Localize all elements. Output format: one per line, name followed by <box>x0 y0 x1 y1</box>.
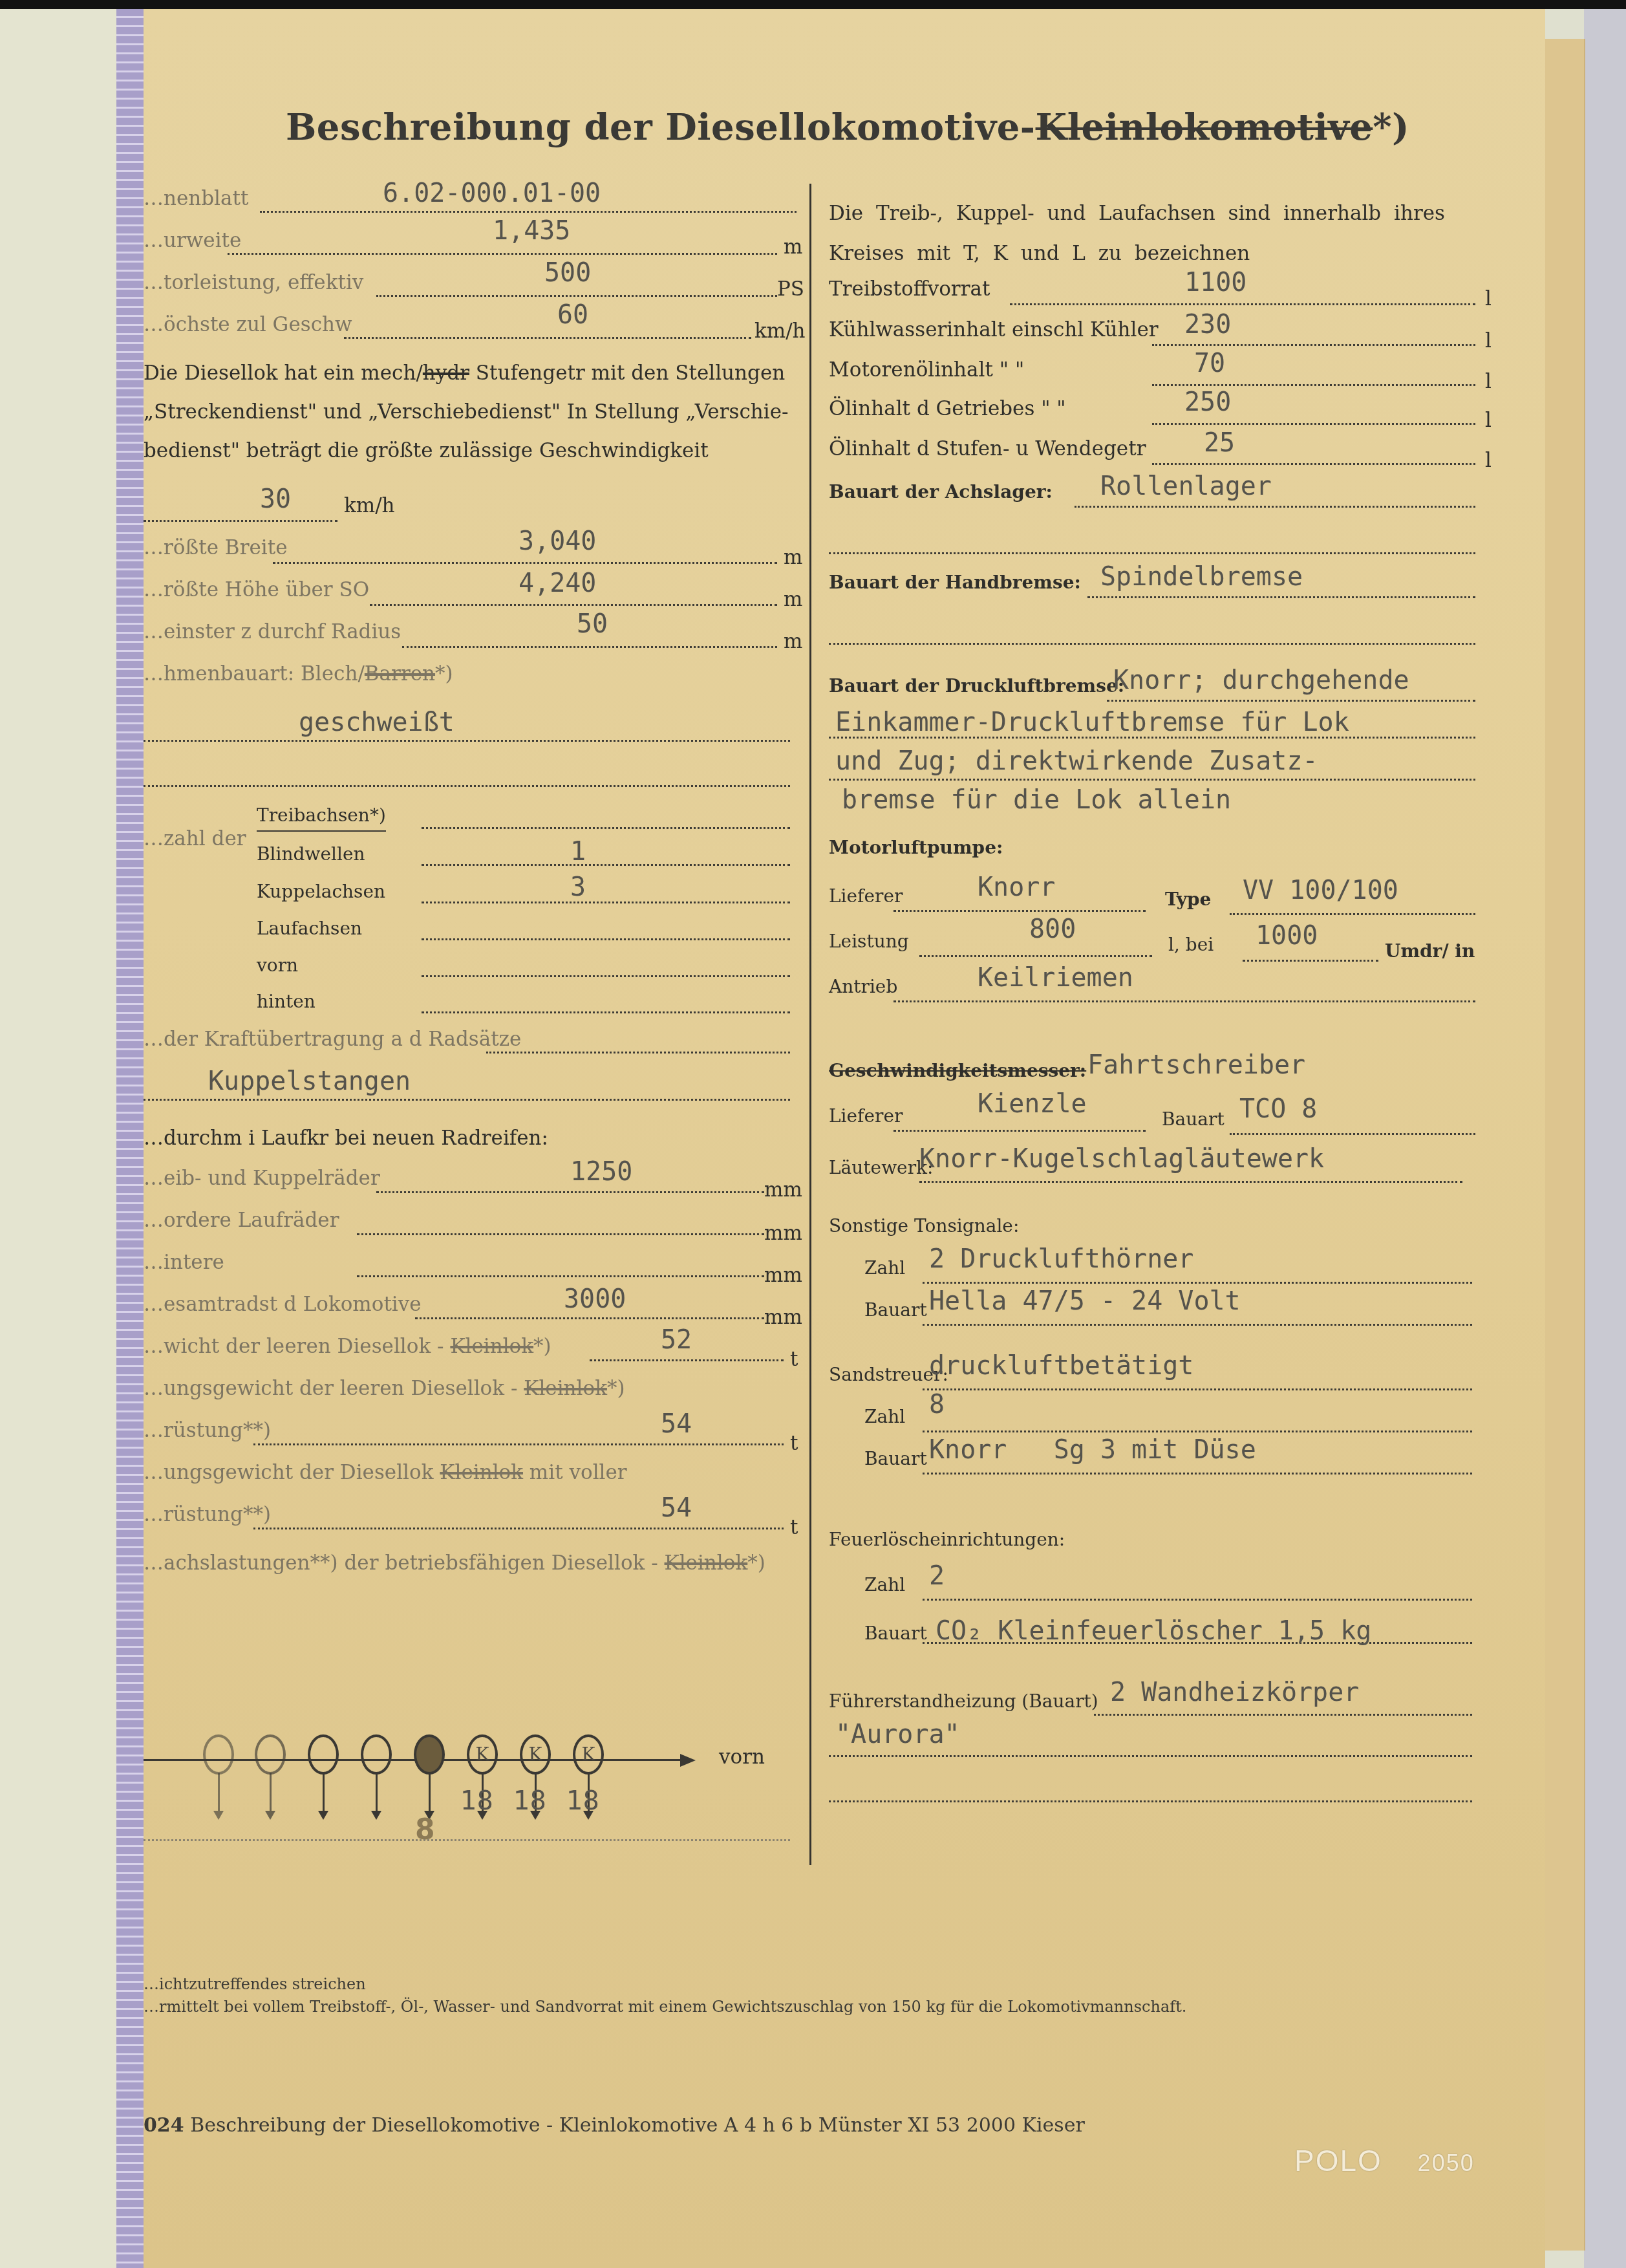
wheel-unit: mm <box>764 1264 802 1287</box>
axle-circle: K <box>573 1734 604 1775</box>
load-arrow-icon <box>270 1773 272 1813</box>
dimension-unit: m <box>784 546 802 569</box>
compressor-drive-label: Antrieb <box>829 976 897 997</box>
load-arrow-icon <box>429 1773 431 1813</box>
weight-value: 52 <box>661 1325 692 1355</box>
form-number: 024 <box>144 2114 184 2137</box>
frame-value: geschweißt <box>299 707 455 737</box>
dimension-value: 3,040 <box>519 526 596 556</box>
sander-count: 8 <box>929 1390 945 1420</box>
wheel-unit: mm <box>764 1178 802 1202</box>
weight-unit: t <box>790 1432 798 1455</box>
direction-label: vorn <box>719 1745 765 1769</box>
volume-value: 250 <box>1184 387 1231 417</box>
speedometer-label: Geschwindigkeitsmesser: <box>829 1060 1086 1081</box>
field-label: …urweite <box>144 229 241 252</box>
axle-row-value: 1 <box>570 837 586 867</box>
compressor-output: 800 <box>1029 914 1076 944</box>
dimension-label: …rößte Höhe über SO <box>144 578 369 601</box>
frame-label: …hmenbauart: Blech/Barren*) <box>144 662 453 686</box>
axle-loads-label: …achslastungen**) der betriebsfähigen Di… <box>144 1551 765 1575</box>
axle-load-value: 18 <box>460 1786 493 1816</box>
axle-circle: K <box>467 1734 498 1775</box>
load-arrow-icon <box>376 1773 378 1813</box>
load-arrow-icon <box>323 1773 325 1813</box>
dimension-value: 4,240 <box>519 568 596 598</box>
weight-value: 54 <box>661 1409 692 1439</box>
weight-value: 54 <box>661 1493 692 1523</box>
axle-circle <box>255 1734 286 1775</box>
wheels-heading: …durchm i Laufkr bei neuen Radreifen: <box>144 1127 548 1150</box>
field-value: 60 <box>557 300 588 330</box>
handbrake-value: Spindelbremse <box>1100 562 1303 592</box>
speedometer-supplier: Kienzle <box>978 1089 1087 1119</box>
axle-row-label: vorn <box>257 955 298 976</box>
volume-label: Kühlwasserinhalt einschl Kühler <box>829 318 1159 341</box>
axle-circle-filled <box>414 1734 445 1775</box>
axle-circle: K <box>520 1734 551 1775</box>
field-label: …torleistung, effektiv <box>144 271 363 294</box>
handwritten-mark: 8 <box>415 1813 435 1846</box>
axle-marking-note: Die Treib-, Kuppel- und Laufachsen sind … <box>829 193 1495 274</box>
speedometer-type: TCO 8 <box>1239 1094 1317 1124</box>
compressor-rpm: 1000 <box>1256 921 1318 951</box>
compressor-rpm-unit: Umdr/ in <box>1385 940 1475 962</box>
wheel-unit: mm <box>764 1306 802 1329</box>
horns-type: Hella 47/5 - 24 Volt <box>929 1286 1241 1316</box>
weight-label: …rüstung**) <box>144 1503 271 1526</box>
field-label: …öchste zul Geschw <box>144 313 352 336</box>
title-suffix: *) <box>1373 106 1409 149</box>
extinguisher-count: 2 <box>929 1561 945 1591</box>
volume-label: Motorenölinhalt " " <box>829 358 1024 382</box>
axle-row-label: Kuppelachsen <box>257 881 385 902</box>
scanner-top-edge <box>0 0 1626 9</box>
airbrake-label: Bauart der Druckluftbremse: <box>829 675 1124 697</box>
field-unit: PS <box>777 277 804 301</box>
wheel-label: …esamtradst d Lokomotive <box>144 1293 422 1316</box>
field-unit: km/h <box>754 319 806 343</box>
shunting-speed-value: 30 <box>260 484 291 514</box>
stamp-number: 2050 <box>1418 2150 1475 2176</box>
title-main: Beschreibung der Diesellokomotive- <box>286 106 1036 149</box>
horns-count: 2 Drucklufthörner <box>929 1244 1193 1274</box>
wheel-label: …eib- und Kuppelräder <box>144 1167 380 1190</box>
axle-circle <box>203 1734 234 1775</box>
bell-value: Knorr-Kugelschlagläutewerk <box>919 1144 1324 1174</box>
paper-stamp: POLO 2050 <box>1294 2143 1475 2178</box>
airbrake-value-line: und Zug; direktwirkende Zusatz- <box>835 746 1318 776</box>
wheel-value: 1250 <box>570 1157 632 1187</box>
weight-unit: t <box>790 1516 798 1539</box>
volume-label: Ölinhalt d Getriebes " " <box>829 397 1066 420</box>
airbrake-value-line: Knorr; durchgehende <box>1113 665 1409 695</box>
speedometer-supplier-label: Lieferer <box>829 1105 903 1127</box>
axle-row-label: Blindwellen <box>257 843 365 865</box>
volume-value: 1100 <box>1184 268 1246 297</box>
sander-value: druckluftbetätigt <box>929 1351 1193 1381</box>
bearing-value: Rollenlager <box>1100 471 1272 501</box>
volume-value: 70 <box>1194 349 1225 378</box>
load-arrow-icon <box>218 1773 220 1813</box>
back-sheet-edge <box>1545 39 1585 2251</box>
axle-row-value: 3 <box>570 872 586 902</box>
form-footer-text: Beschreibung der Diesellokomotive - Klei… <box>190 2114 1085 2137</box>
dimension-unit: m <box>784 588 802 611</box>
speedometer-value: Fahrtschreiber <box>1087 1050 1305 1080</box>
horns-count-label: Zahl <box>864 1257 905 1279</box>
axle-row-label: Laufachsen <box>257 918 362 939</box>
compressor-supplier-label: Lieferer <box>829 885 903 907</box>
page-title: Beschreibung der Diesellokomotive-Kleinl… <box>286 106 1409 149</box>
handbrake-label: Bauart der Handbremse: <box>829 572 1081 593</box>
weight-label: …ungsgewicht der Diesellok Kleinlok mit … <box>144 1461 627 1484</box>
compressor-type: VV 100/100 <box>1243 876 1398 905</box>
form-footer: 024 Beschreibung der Diesellokomotive - … <box>144 2114 1085 2137</box>
compressor-output-unit: l, bei <box>1168 934 1214 955</box>
axle-row-label: Treibachsen*) <box>257 805 386 826</box>
transmission-value: Kuppelstangen <box>208 1066 411 1096</box>
heating-value: 2 Wandheizkörper <box>1110 1678 1359 1707</box>
weight-unit: t <box>790 1348 798 1371</box>
bearing-label: Bauart der Achslager: <box>829 481 1053 502</box>
bell-label: Läutewerk: <box>829 1157 933 1178</box>
wheel-unit: mm <box>764 1222 802 1245</box>
extinguisher-count-label: Zahl <box>864 1574 905 1595</box>
stamp-brand: POLO <box>1294 2144 1382 2177</box>
axle-circle <box>308 1734 339 1775</box>
horns-heading: Sonstige Tonsignale: <box>829 1215 1019 1237</box>
axle-group-label: …zahl der <box>144 827 246 850</box>
volume-unit: l <box>1485 287 1492 310</box>
compressor-drive: Keilriemen <box>978 963 1133 993</box>
footnote: …ichtzutreffendes streichen <box>144 1975 366 1993</box>
field-value: 6.02-000.01-00 <box>383 178 601 208</box>
axle-circle <box>361 1734 392 1775</box>
compressor-heading: Motorluftpumpe: <box>829 837 1003 858</box>
compressor-type-label: Type <box>1165 889 1211 910</box>
compressor-output-label: Leistung <box>829 931 909 952</box>
extinguisher-type-label: Bauart <box>864 1623 927 1644</box>
extinguisher-type: CO₂ Kleinfeuerlöscher 1,5 kg <box>936 1616 1371 1646</box>
column-divider <box>809 184 811 1865</box>
airbrake-value-line: Einkammer-Druckluftbremse für Lok <box>835 707 1349 737</box>
transmission-label: …der Kraftübertragung a d Radsätze <box>144 1028 521 1051</box>
volume-unit: l <box>1485 370 1492 393</box>
sander-type-label: Bauart <box>864 1448 927 1469</box>
wheel-label: …ordere Laufräder <box>144 1209 339 1232</box>
volume-unit: l <box>1485 329 1492 352</box>
axle-load-value: 18 <box>513 1786 546 1816</box>
horns-type-label: Bauart <box>864 1299 927 1321</box>
title-struck: Kleinlokomotive <box>1036 106 1373 149</box>
axle-load-value: 18 <box>566 1786 599 1816</box>
sander-type: Knorr Sg 3 mit Düse <box>929 1435 1256 1465</box>
weight-label: …ungsgewicht der leeren Diesellok - Klei… <box>144 1377 625 1400</box>
dimension-value: 50 <box>577 609 608 639</box>
field-unit: m <box>784 235 802 259</box>
gearbox-line-2: „Streckendienst" und „Verschiebedienst" … <box>144 400 788 424</box>
gearbox-line-3: bedienst" beträgt die größte zulässige G… <box>144 439 709 462</box>
binder-spine <box>116 9 144 2268</box>
scanner-background <box>1584 9 1626 2268</box>
dimension-label: …rößte Breite <box>144 536 288 559</box>
airbrake-value-line: bremse für die Lok allein <box>842 785 1231 815</box>
shunting-speed-unit: km/h <box>344 494 395 517</box>
volume-label: Ölinhalt d Stufen- u Wendegetr <box>829 437 1146 460</box>
adjacent-page <box>0 9 116 2268</box>
gearbox-line-1: Die Diesellok hat ein mech/hydr Stufenge… <box>144 362 785 385</box>
speedometer-type-label: Bauart <box>1162 1108 1225 1130</box>
footnote: …rmittelt bei vollem Treibstoff-, Öl-, W… <box>144 1998 1186 2016</box>
volume-unit: l <box>1485 409 1492 432</box>
dimension-unit: m <box>784 630 802 653</box>
axle-row-label: hinten <box>257 991 316 1012</box>
compressor-supplier: Knorr <box>978 872 1055 902</box>
weight-label: …wicht der leeren Diesellok - Kleinlok*) <box>144 1335 551 1358</box>
volume-value: 230 <box>1184 310 1231 340</box>
sander-count-label: Zahl <box>864 1406 905 1427</box>
field-label: …nenblatt <box>144 187 248 210</box>
extinguisher-heading: Feuerlöscheinrichtungen: <box>829 1529 1065 1550</box>
wheel-label: …intere <box>144 1251 224 1274</box>
dimension-label: …einster z durchf Radius <box>144 620 401 643</box>
volume-value: 25 <box>1204 428 1235 458</box>
heating-value: "Aurora" <box>835 1720 960 1749</box>
volume-unit: l <box>1485 449 1492 472</box>
volume-label: Treibstoffvorrat <box>829 277 990 301</box>
wheel-value: 3000 <box>564 1284 626 1314</box>
document-page: Beschreibung der Diesellokomotive-Kleinl… <box>144 9 1545 2268</box>
heating-label: Führerstandheizung (Bauart) <box>829 1690 1098 1712</box>
weight-label: …rüstung**) <box>144 1419 271 1442</box>
field-value: 1,435 <box>493 216 570 246</box>
field-value: 500 <box>544 258 591 288</box>
